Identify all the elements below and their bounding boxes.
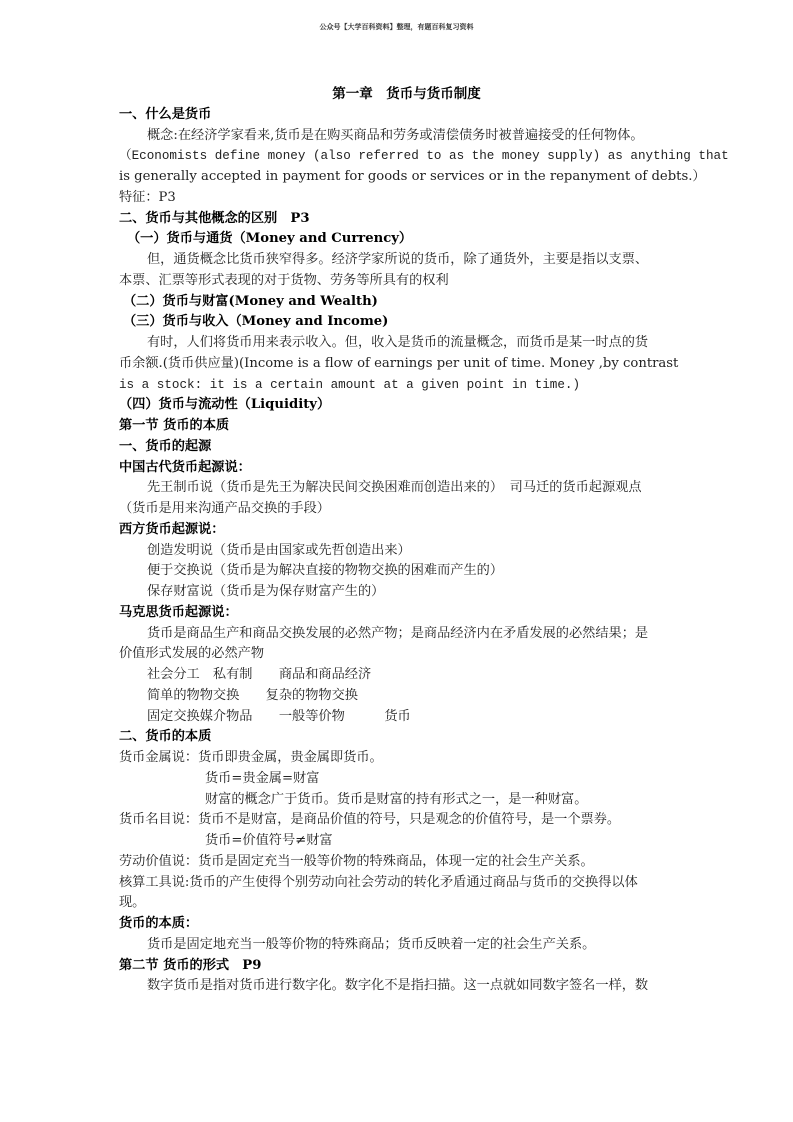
- paragraph-line: 数字货币是指对货币进行数字化。数字化不是指扫描。这一点就如同数字签名一样，数: [119, 976, 694, 997]
- paragraph-line: 币余额.(货币供应量)(Income is a flow of earnings…: [119, 354, 694, 375]
- paragraph-line: 本票、汇票等形式表现的对于货物、劳务等所具有的权利: [119, 271, 694, 292]
- paragraph-line: is generally accepted in payment for goo…: [119, 167, 694, 188]
- subsection-heading: （三）货币与收入（Money and Income): [119, 312, 694, 333]
- page-header-watermark: 公众号【大学百科资料】整理，有题百科复习资料: [0, 22, 793, 32]
- paragraph-line: 概念:在经济学家看来,货币是在购买商品和劳务或清偿债务时被普遍接受的任何物体。: [119, 126, 694, 147]
- paragraph-line: 现。: [119, 893, 694, 914]
- paragraph-line: 核算工具说:货币的产生使得个别劳动向社会劳动的转化矛盾通过商品与货币的交换得以体: [119, 873, 694, 894]
- paragraph-line: 财富的概念广于货币。货币是财富的持有形式之一，是一种财富。: [119, 790, 694, 811]
- paragraph-line: （Economists define money (also referred …: [119, 146, 694, 167]
- paragraph-line: 价值形式发展的必然产物: [119, 644, 694, 665]
- paragraph-line: 货币是固定地充当一般等价物的特殊商品；货币反映着一定的社会生产关系。: [119, 935, 694, 956]
- paragraph-line: 货币金属说：货币即贵金属，贵金属即货币。: [119, 748, 694, 769]
- subsection-heading: （二）货币与财富(Money and Wealth): [119, 292, 694, 313]
- topic-heading: 马克思货币起源说：: [119, 603, 694, 624]
- topic-heading: 中国古代货币起源说：: [119, 458, 694, 479]
- paragraph-line: 社会分工 私有制 商品和商品经济: [119, 665, 694, 686]
- paragraph-line: 货币=价值符号≠财富: [119, 831, 694, 852]
- chapter-title: 第一章 货币与货币制度: [119, 84, 694, 105]
- paragraph-line: 简单的物物交换 复杂的物物交换: [119, 686, 694, 707]
- document-page: 第一章 货币与货币制度 一、什么是货币 概念:在经济学家看来,货币是在购买商品和…: [119, 84, 694, 997]
- paragraph-line: 货币=贵金属=财富: [119, 769, 694, 790]
- section-heading: 一、什么是货币: [119, 105, 694, 126]
- paragraph-line: 特征：P3: [119, 188, 694, 209]
- paragraph-line: 但，通货概念比货币狭窄得多。经济学家所说的货币，除了通货外，主要是指以支票、: [119, 250, 694, 271]
- section-heading: 第二节 货币的形式 P9: [119, 956, 694, 977]
- paragraph-line: is a stock: it is a certain amount at a …: [119, 375, 694, 396]
- paragraph-line: 有时，人们将货币用来表示收入。但，收入是货币的流量概念，而货币是某一时点的货: [119, 333, 694, 354]
- section-heading: 二、货币的本质: [119, 727, 694, 748]
- paragraph-line: 便于交换说（货币是为解决直接的物物交换的困难而产生的）: [119, 561, 694, 582]
- paragraph-line: （货币是用来沟通产品交换的手段）: [119, 499, 694, 520]
- section-heading: 第一节 货币的本质: [119, 416, 694, 437]
- topic-heading: 货币的本质：: [119, 914, 694, 935]
- section-heading: 一、货币的起源: [119, 437, 694, 458]
- paragraph-line: 先王制币说（货币是先王为解决民间交换困难而创造出来的） 司马迁的货币起源观点: [119, 478, 694, 499]
- subsection-heading: （四）货币与流动性（Liquidity）: [119, 395, 694, 416]
- topic-heading: 西方货币起源说：: [119, 520, 694, 541]
- subsection-heading: （一）货币与通货（Money and Currency）: [119, 229, 694, 250]
- paragraph-line: 固定交换媒介物品 一般等价物 货币: [119, 707, 694, 728]
- paragraph-line: 货币名目说：货币不是财富，是商品价值的符号，只是观念的价值符号，是一个票券。: [119, 810, 694, 831]
- paragraph-line: 货币是商品生产和商品交换发展的必然产物；是商品经济内在矛盾发展的必然结果；是: [119, 624, 694, 645]
- paragraph-line: 劳动价值说：货币是固定充当一般等价物的特殊商品，体现一定的社会生产关系。: [119, 852, 694, 873]
- section-heading: 二、货币与其他概念的区别 P3: [119, 209, 694, 230]
- paragraph-line: 保存财富说（货币是为保存财富产生的）: [119, 582, 694, 603]
- paragraph-line: 创造发明说（货币是由国家或先哲创造出来）: [119, 541, 694, 562]
